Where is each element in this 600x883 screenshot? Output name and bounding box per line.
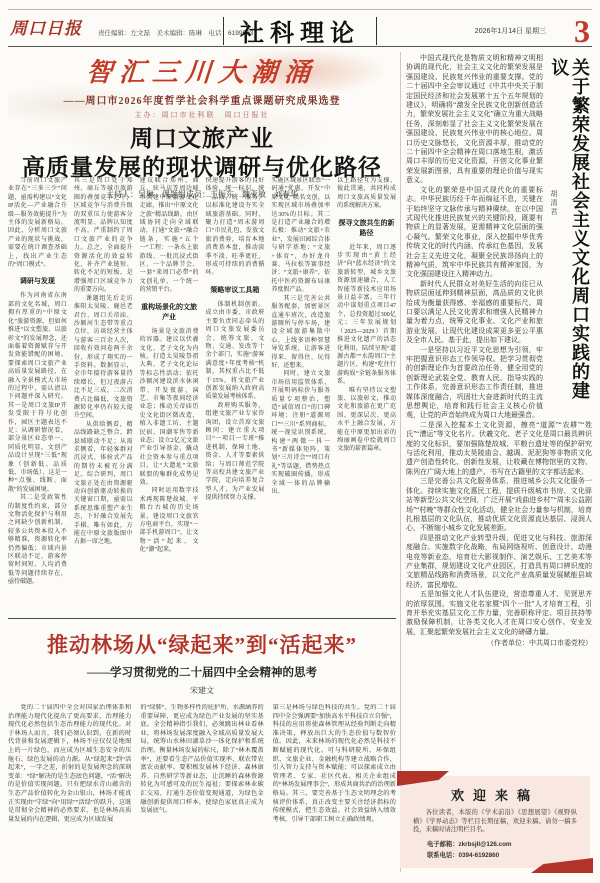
right-article: 关于繁荣发展社会主义文化周口实践的建议 胡清君 中国式现代化是物质文明和精神文明… [406, 54, 592, 766]
body-paragraph: 从供给侧看，精品线路缺乏整合，跨县域联动不足；从需求侧看，年轻客群对沉浸式、体验… [74, 421, 133, 547]
banner-series-line: ——周口市2026年度哲学社会科学重点课题研究成果选登 [8, 92, 396, 107]
main-article-columns: 当前周口文旅产业存在“三多三少”问题，亟需构建以“文化IP活化—产业融合升级—服… [8, 177, 396, 609]
contribute-box-body: 各位读者，本版的《学术前沿》《思想展望》《视野纵横》《学界动态》等栏目长期征稿，… [413, 809, 577, 835]
column-subhead: 策略审议工具箱 [205, 285, 264, 295]
body-paragraph: 二是深入挖掘本土文化资源，擦亮“道源”“农耕”“姓氏”“漕运”等文化名片。伏羲文… [406, 421, 592, 477]
newspaper-page: 周口日报 责任编辑：左文磊 美术编辑：陈琳 电话：6199503 社科理论 20… [0, 0, 600, 883]
main-column-1: 当前周口文旅产业存在“三多三少”问题，亟需构建以“文化IP活化—产业融合升级—服… [8, 177, 67, 609]
theme-banner: 智汇三川大潮涌 ——周口市2026年度哲学社会科学重点课题研究成果选登 主办：周… [8, 50, 396, 170]
bottom-article-rule [8, 618, 396, 619]
body-paragraph: 第三是林场与绿色科技的共生。党的二十届四中全会强调要“加快高水平科技自立自强”，… [273, 704, 396, 824]
bottom-column-3: 第三是林场与绿色科技的共生。党的二十届四中全会强调要“加快高水平科技自立自强”，… [273, 704, 396, 883]
page-number: 3 [574, 15, 590, 47]
bottom-column-2: 的“绿肺”、生物多样性的庇护所、水源涵养的重要屏障，更应成为绿色产业发展的坚实基… [140, 704, 263, 883]
column-subhead: 探寻文旅共生的新路径 [337, 218, 396, 238]
bottom-article-title: 推动林场从“绿起来”到“活起来” [8, 629, 396, 659]
column-subhead: 调研与发现 [8, 276, 67, 286]
body-paragraph: 五是加强文化人才队伍建设，营造尊重人才、见贤思齐的浓厚氛围。实施文化名家暨“四个… [406, 590, 592, 637]
main-article-title-line2: 高质量发展的现状调研与优化路径 [8, 154, 396, 183]
body-paragraph: 政府购买服务，组建文旅产业专家咨询团，设立首席文旅顾问；建立重大项目“一项目一专… [205, 402, 264, 503]
main-column-4: 快速提升游客的良好体验，统一标识、统一品质、统一服务，以标准化建设夯实全域旅游基… [205, 177, 264, 609]
newspaper-masthead: 周口日报 [10, 14, 82, 39]
contribute-box-title: 欢迎来稿 [413, 785, 577, 804]
contribute-box: 欢迎来稿 各位读者，本版的《学术前沿》《思想展望》《视野纵横》《学界动态》等栏目… [400, 776, 590, 868]
banner-host-line: 主办：周口市社科联 周口日报社 [8, 110, 396, 120]
body-paragraph: 场景是文旅消费的容器。建议以伏羲文化、老子文化为内核，打造太昊陵祭祖大典、老子文… [140, 328, 199, 488]
section-header: 社科理论 [207, 13, 393, 48]
right-article-author: 胡清君 [549, 190, 559, 217]
main-column-6: 以上路径互为支撑、彼此贯通，共同构成周口文旅高质量发展的系统解决方案。探寻文旅共… [337, 177, 396, 609]
bottom-article-author: 宋建文 [8, 685, 396, 696]
right-article-title-box: 关于繁荣发展社会主义文化周口实践的建议 胡清君 [548, 54, 592, 406]
section-title: 社科理论 [240, 13, 360, 48]
main-column-5: 实施区域景区联票“一码通”优惠，开发“中原文化”联名文创，以实现区域市场叠加率达… [271, 177, 330, 609]
contribute-box-phone: 联系电话：0394-6192860 [427, 851, 577, 860]
body-paragraph: 的“绿肺”、生物多样性的庇护所、水源涵养的重要屏障，更应成为绿色产业发展的坚实基… [140, 704, 263, 816]
section-bar-left [223, 17, 224, 45]
body-paragraph: 体制机制创新。成立由市委、市政府主要负责同志牵头的周口文旅发展委员会，统筹文旅、… [205, 301, 264, 402]
section-bar-right [376, 17, 377, 45]
body-paragraph: 作为河南省东南部的文化名城，周口拥有厚重的“中原文化”旅游资源，但如何推进“以文… [8, 292, 67, 494]
column-subhead: 重构场景化的文旅产业 [140, 302, 199, 322]
body-paragraph: 四是推动文化产业转型升级，促进文化与科技、旅游深度融合。实施数字化战略，布局网络… [406, 534, 592, 590]
body-paragraph: 其二是受政策性的制度性约束，部分文物活化保护与利用之间缺少创新机制，较多公共资本… [8, 494, 67, 586]
body-paragraph: 近年来，周口逐步实现由“黄土经济”向“蓝水经济”的文旅新转型，城乡文旅资源加速融… [337, 244, 396, 387]
main-column-3: 建议联合郑州、商丘、驻马店等周边城市共建中原旅游文化走廊，推出“中原文化之旅”精… [140, 177, 199, 609]
body-paragraph: 三是完善公共文化服务体系，推进城乡公共文化服务一体化。持续实施文化惠民工程，提质… [406, 477, 592, 533]
main-column-2: 其三是周口处于郑州、商丘等城市旅游圈的叠加竞争之中，区域竞争与消费升级的双重压力… [74, 177, 133, 609]
main-article-byline: 主持人：吴琳 课题组成员：王振东 魏亚敏 刘春华 [8, 189, 396, 200]
vertical-divider [400, 52, 401, 872]
body-paragraph: 其三是完善公共服务配套，加密景区直通车班次，改造旅游厕所与停车场，建设全域旅游集… [271, 295, 330, 371]
body-paragraph: 课题组先后走访淮阳太昊陵、鹿邑老君台、周口关帝庙、沙颍河生态带等重点点位，访谈经… [74, 295, 133, 421]
bottom-article-columns: 党的二十届四中全会对国家治理体系和治理能力现代化提出了更高要求，治理能力现代化必… [8, 704, 396, 883]
date-line: 2026年1月14日 星期三 [475, 26, 546, 36]
body-paragraph: 唯有坚持以文塑旅、以旅彰文，推动文化和旅游在更广范围、更深层次、更高水平上融合发… [337, 387, 396, 454]
bottom-column-1: 党的二十届四中全会对国家治理体系和治理能力现代化提出了更高要求，治理能力现代化必… [8, 704, 131, 883]
page-header: 周口日报 责任编辑：左文磊 美术编辑：陈琳 电话：6199503 社科理论 20… [10, 13, 590, 45]
bottom-article: 推动林场从“绿起来”到“活起来” ——学习贯彻党的二十届四中全会精神的思考 宋建… [8, 629, 396, 883]
right-article-vertical-title: 关于繁荣发展社会主义文化周口实践的建议 [549, 58, 590, 406]
banner-calligraphy-title: 智汇三川大潮涌 [7, 50, 398, 89]
body-paragraph: 党的二十届四中全会对国家治理体系和治理能力现代化提出了更高要求，治理能力现代化必… [8, 704, 131, 824]
top-rule [8, 9, 592, 10]
left-zone: 智汇三川大潮涌 ——周口市2026年度哲学社会科学重点课题研究成果选登 主办：周… [8, 50, 396, 883]
body-paragraph: 同时运用数字技术再现陈楚故城、平粮台古城的历史场景，建设周口文旅官方电商平台，实… [140, 487, 199, 554]
right-article-source-note: （作者单位：中共周口市委党校） [406, 639, 592, 648]
main-article-title-line1: 周口文旅产业 [8, 125, 396, 154]
header-rule [8, 46, 592, 47]
body-paragraph: 同时，建立文旅市场信用监管体系，开展明码标价与服务质量专项整治，塑造“诚信周口”… [271, 370, 330, 496]
bottom-article-subtitle: ——学习贯彻党的二十届四中全会精神的思考 [8, 664, 396, 680]
contribute-box-email: 电子邮箱：zkrbsjll@126.com [427, 840, 577, 849]
